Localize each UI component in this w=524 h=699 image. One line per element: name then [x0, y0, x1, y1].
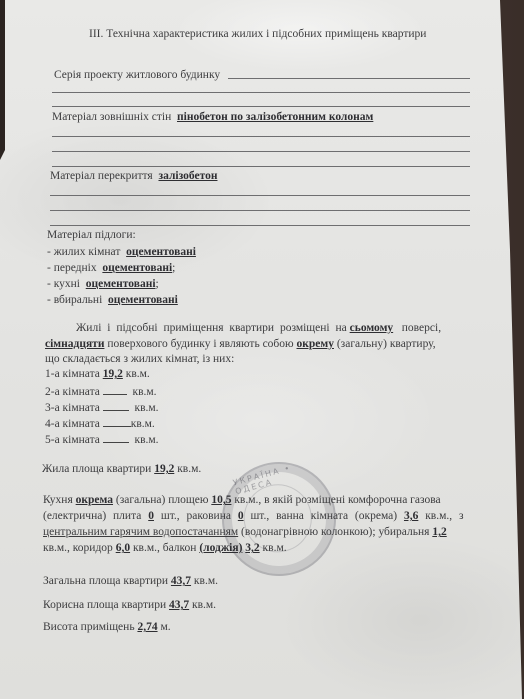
useful-area-row: Корисна площа квартири 43,7 кв.м.	[43, 599, 216, 611]
living-area-row: Жила площа квартири 19,2 кв.м.	[42, 463, 201, 475]
outer-walls-value: пінобетон по залізобетонним колонам	[177, 111, 373, 123]
series-field	[228, 78, 470, 79]
kitchen-line-1: Кухня окрема (загальна) площею 10,5 кв.м…	[43, 494, 441, 506]
form-line	[50, 225, 470, 226]
room-row: 4-а кімната кв.м.	[45, 416, 155, 430]
floor-item: - кухні оцементовані;	[47, 278, 159, 290]
kitchen-line-3: центральним гарячим водопостачанням (вод…	[43, 526, 447, 538]
outer-walls-row: Матеріал зовнішніх стін пінобетон по зал…	[52, 111, 373, 123]
ceiling-label: Матеріал перекриття	[50, 170, 153, 182]
section-title: ІІІ. Технічна характеристика жилих і під…	[89, 28, 426, 40]
document-page: ІІІ. Технічна характеристика жилих і під…	[0, 0, 524, 699]
ceiling-row: Матеріал перекриття залізобетон	[50, 170, 217, 182]
total-area-row: Загальна площа квартири 43,7 кв.м.	[43, 575, 218, 587]
location-line-1: Жилі і підсобні приміщення квартири розм…	[76, 322, 441, 334]
apartment-type: окрему	[297, 338, 334, 350]
floor-number: сьомому	[350, 322, 394, 334]
floor-item: - вбиральні оцементовані	[47, 294, 178, 306]
form-line	[52, 166, 470, 167]
form-line	[52, 92, 470, 93]
location-line-2: сімнадцяти поверхового будинку і являють…	[45, 338, 436, 350]
kitchen-line-4: кв.м., коридор 6,0 кв.м., балкон (лоджія…	[43, 542, 287, 554]
series-label: Серія проекту житлового будинку	[54, 69, 220, 81]
location-line-3: що складається з жилих кімнат, із них:	[45, 353, 234, 365]
form-line	[52, 136, 470, 137]
kitchen-line-2: (електрична) плита 0 шт., раковина 0 шт.…	[43, 510, 464, 522]
room-row: 3-а кімната кв.м.	[45, 400, 159, 414]
floor-item: - передніх оцементовані;	[47, 262, 175, 274]
form-line	[50, 195, 470, 196]
form-line	[50, 210, 470, 211]
storeys-count: сімнадцяти	[45, 338, 104, 350]
room-row: 5-а кімната кв.м.	[45, 432, 159, 446]
form-line	[52, 106, 470, 107]
floor-item: - жилих кімнат оцементовані	[47, 246, 196, 258]
outer-walls-label: Матеріал зовнішніх стін	[52, 111, 171, 123]
floor-label: Матеріал підлоги:	[47, 229, 136, 241]
ceiling-height-row: Висота приміщень 2,74 м.	[43, 621, 171, 633]
room-row: 1-а кімната 19,2 кв.м.	[45, 368, 150, 380]
room-row: 2-а кімната кв.м.	[45, 384, 157, 398]
ceiling-value: залізобетон	[158, 170, 217, 182]
form-line	[52, 151, 470, 152]
